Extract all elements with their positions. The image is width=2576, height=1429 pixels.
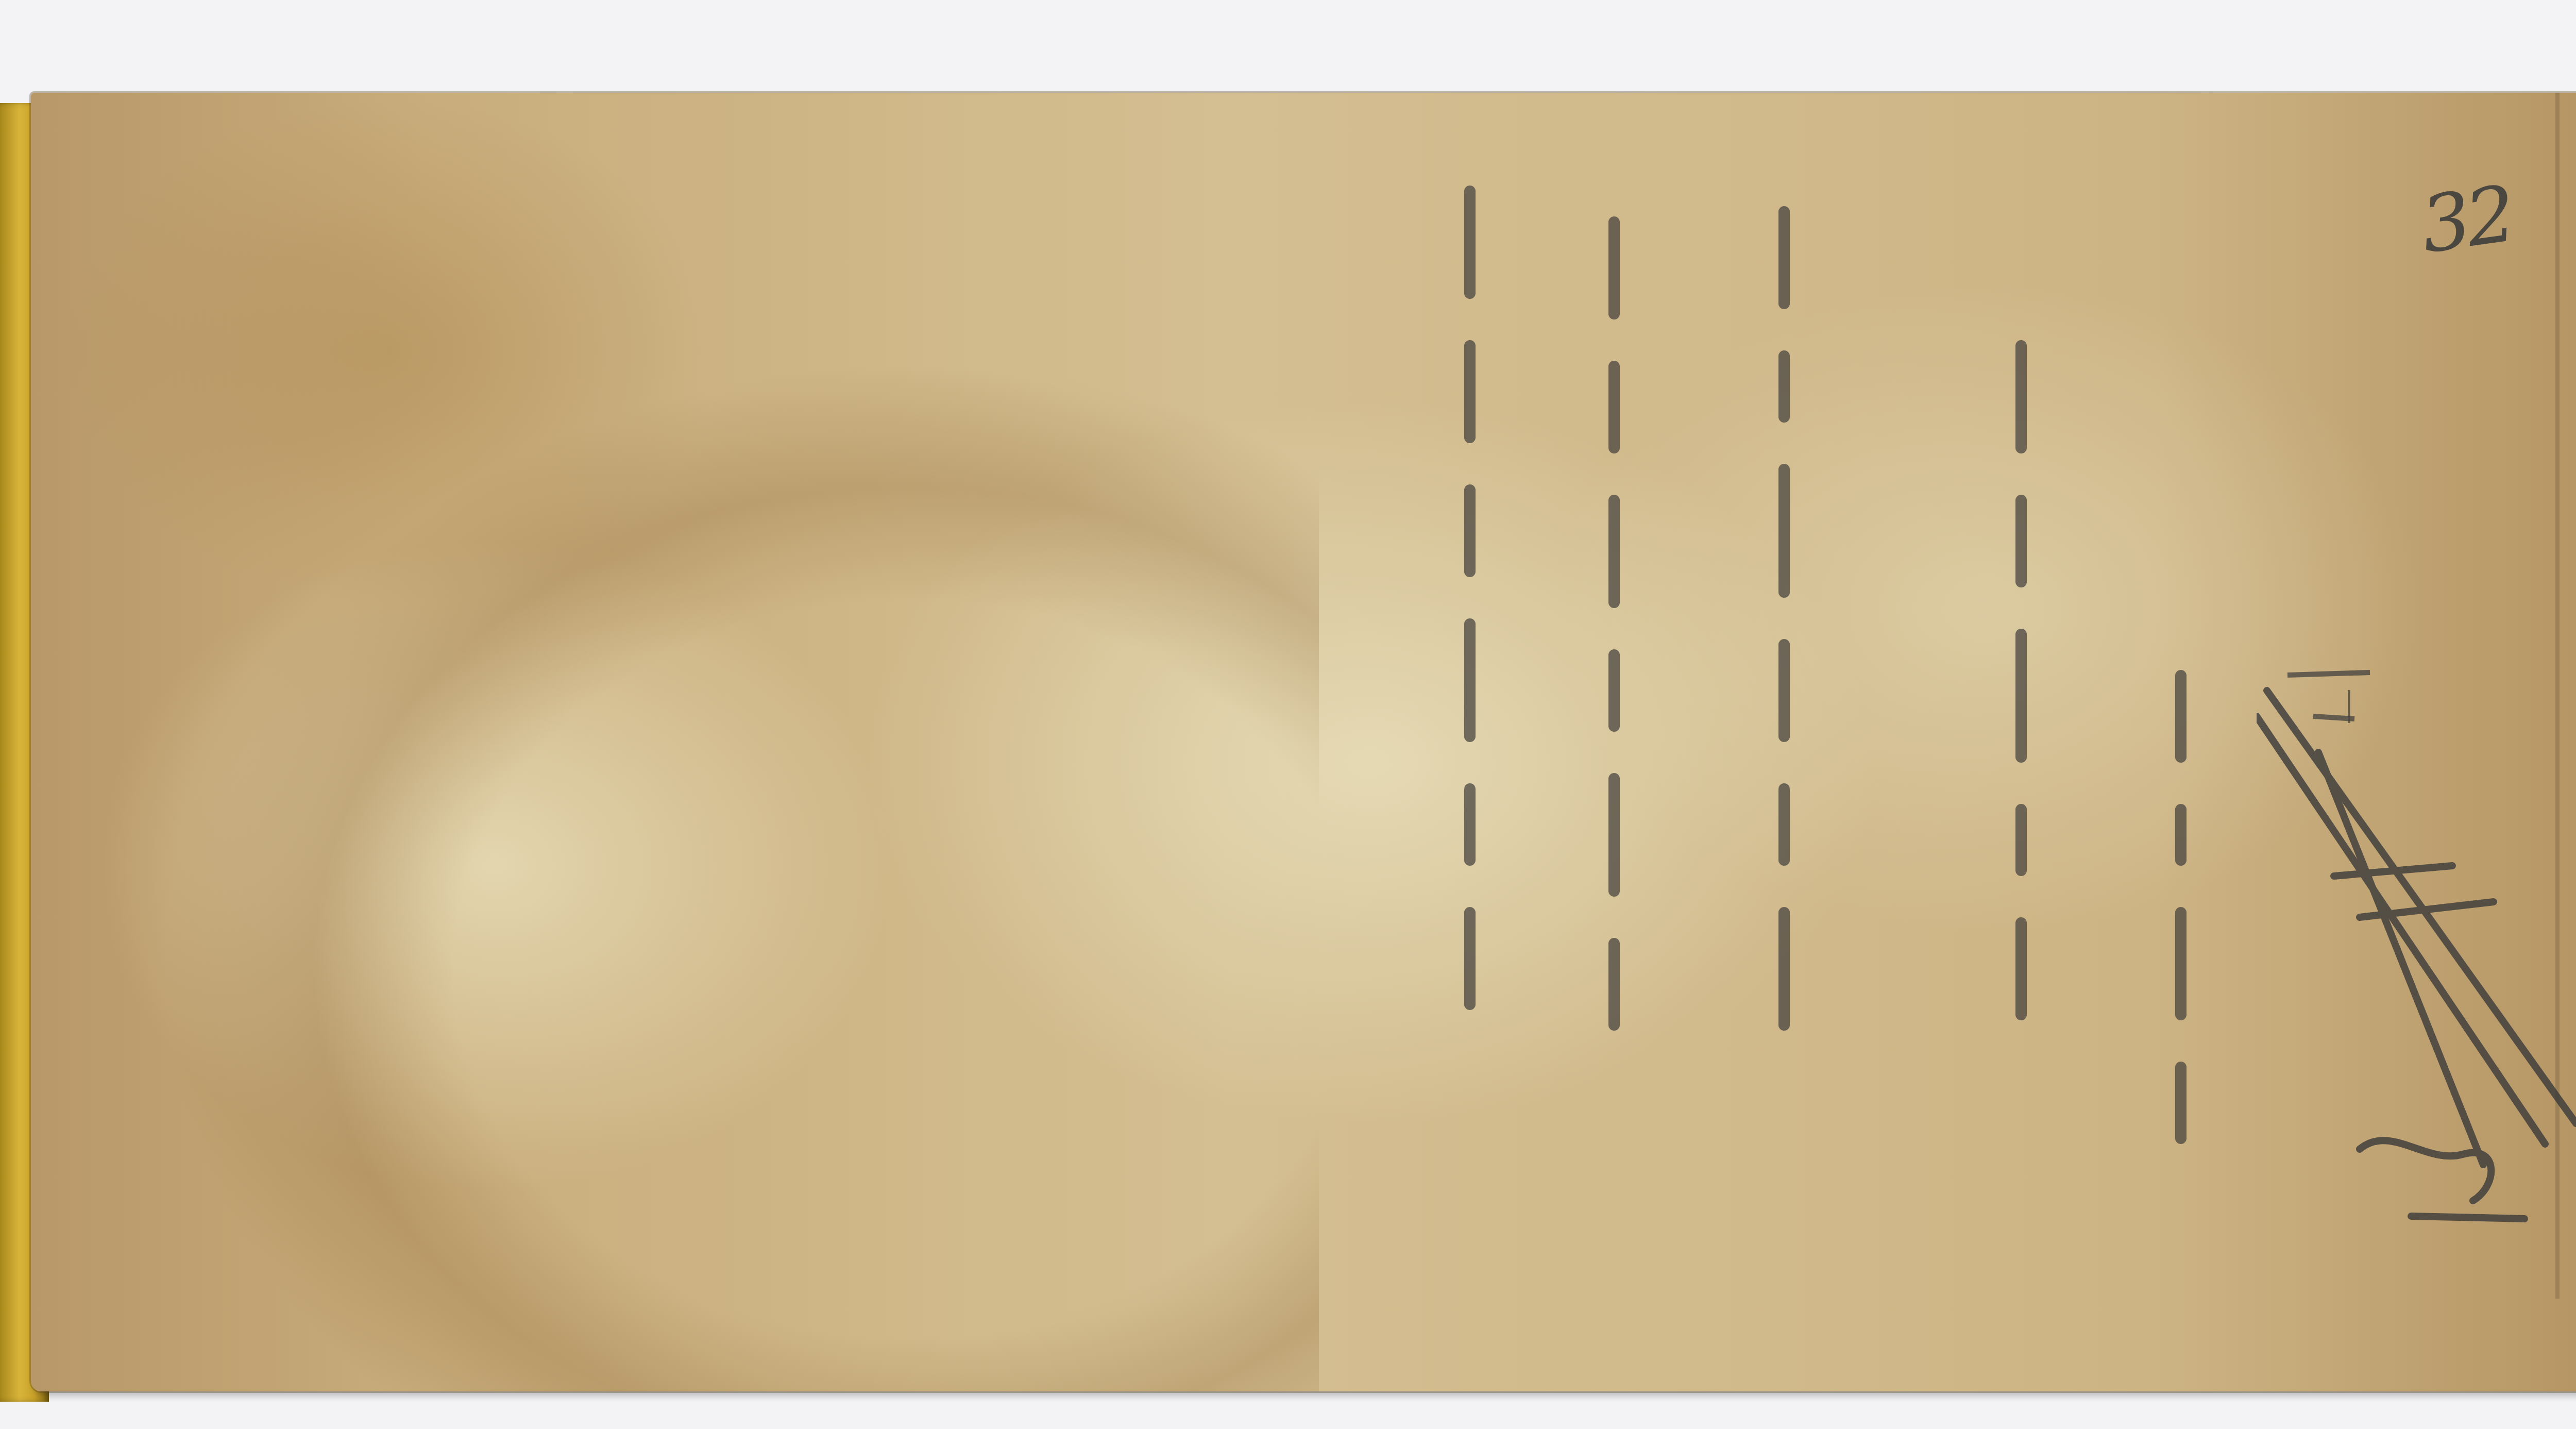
handwriting-line-5 — [1430, 165, 1520, 1031]
handwriting-line-3 — [1744, 186, 1834, 1051]
water-stain — [31, 93, 1319, 1391]
handwriting-line-1 — [2141, 649, 2231, 1165]
page-number: 32 — [2416, 170, 2517, 271]
pencil-sketch-icon — [2257, 660, 2576, 1226]
handwriting-line-2 — [1981, 320, 2071, 1041]
margin-mark: — — [2331, 688, 2373, 725]
handwriting-line-4 — [1574, 196, 1664, 1051]
